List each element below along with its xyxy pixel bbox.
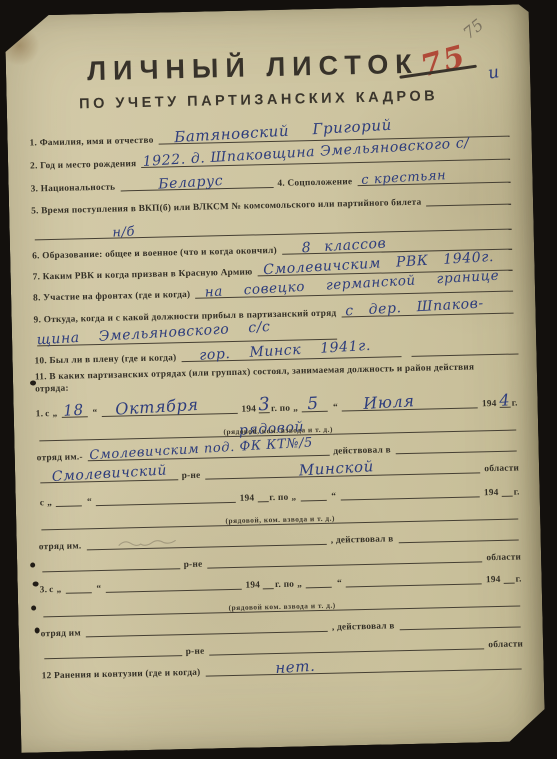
label-194: 194 <box>484 488 499 498</box>
entry1-day-from: 18 <box>63 403 84 419</box>
label-g: г. <box>512 399 518 409</box>
entry1-oblast-value: Минской <box>298 459 374 478</box>
entry2-year-to-line <box>501 483 512 497</box>
field-birth-line: 1922. д. Шпаковщина Эмельяновского с/ <box>141 146 510 168</box>
field-party-label: 5. Время поступления в ВКП(б) или ВЛКСМ … <box>31 198 422 217</box>
entry1-year-from-digit: 3 <box>258 396 271 415</box>
entry1-month-to: Июля <box>363 393 415 412</box>
field-social-label: 4. Соцположение <box>277 177 352 189</box>
label-g: г. <box>516 574 522 584</box>
entry3-acted-label: , действовал в <box>332 621 395 632</box>
entry3-year-from-line <box>263 575 274 589</box>
label-g-po: г. по <box>271 404 290 414</box>
field-wounds-line: нет. <box>205 655 521 676</box>
quote-close: “ <box>96 584 101 594</box>
punch-hole <box>33 581 39 586</box>
field-captivity-line: гор. Минск 1941г. <box>181 343 401 362</box>
quote-open: „ <box>291 493 296 503</box>
field-party-line <box>426 191 511 207</box>
pencil-scribble <box>116 536 180 549</box>
field-wounds-value: нет. <box>275 659 316 676</box>
label-s: с <box>45 409 50 419</box>
quote-open: „ <box>47 498 52 508</box>
entry2-day-from-line <box>56 492 82 507</box>
label-rne: р-не <box>186 647 205 657</box>
field-education-value: 8 классов <box>301 237 386 256</box>
quote-open: „ <box>297 579 302 589</box>
entry3-day-from-line <box>65 579 91 594</box>
entry3-otryad-line <box>86 618 328 637</box>
field-nationality-line: Беларус <box>120 174 274 191</box>
entry1-otryad-line: Смолевичским под. ФК КТ№/5 <box>88 442 330 461</box>
field-captivity-label: 10. Был ли в плену (где и когда) <box>34 353 176 366</box>
label-rne: р-не <box>182 471 201 481</box>
field-nationality-label: 3. Национальность <box>31 183 116 195</box>
label-194: 194 <box>240 494 255 504</box>
quote-open: „ <box>293 403 298 413</box>
entry1-year-to-digit: 4 <box>499 392 511 409</box>
entry1-region-value: Смолевичский <box>52 463 168 484</box>
label-194: 194 <box>486 575 501 585</box>
punch-hole <box>30 562 35 567</box>
entry3-region-line <box>44 642 182 659</box>
entry2-region: р-не области <box>39 547 523 573</box>
field-social-value: с крестьян <box>361 169 447 187</box>
entry1-day-to-line: 5 <box>302 398 328 413</box>
field-wounds-label: 12 Ранения и контузии (где и когда) <box>42 668 201 682</box>
scanned-document-page: 75 ЛИЧНЫЙ ЛИСТОК 75 и ПО УЧЕТУ ПАРТИЗАНС… <box>0 0 557 759</box>
field-fronts-label: 8. Участие на фронтах (где и когда) <box>33 290 190 304</box>
label-s: с <box>40 498 45 508</box>
entry1-oblast-line: Минской <box>205 459 480 479</box>
label-oblasti: области <box>488 639 523 650</box>
field-origin-value: с дер. Шпаков- <box>345 296 484 318</box>
entry1-year-from-line: 3 <box>259 399 270 413</box>
form-paper: 75 ЛИЧНЫЙ ЛИСТОК 75 и ПО УЧЕТУ ПАРТИЗАНС… <box>5 4 546 753</box>
entry1-dates: 1. с „ 18 “ Октября 194 3 г. по „ 5 “ Ию… <box>36 393 520 419</box>
field-origin: 9. Откуда, когда и с какой должности при… <box>33 299 517 325</box>
punch-hole <box>35 627 40 633</box>
quote-open: „ <box>57 585 62 595</box>
entry2-year-from-line <box>257 488 268 502</box>
form-subtitle: ПО УЧЕТУ ПАРТИЗАНСКИХ КАДРОВ <box>7 87 511 114</box>
entry2-oblast-line <box>207 548 482 568</box>
entry2-acted-line <box>398 527 518 544</box>
field-party: 5. Время поступления в ВКП(б) или ВЛКСМ … <box>31 191 515 217</box>
field-origin-line: с дер. Шпаков- <box>341 300 513 318</box>
label-g-po: г. по <box>269 493 288 503</box>
label-194: 194 <box>241 404 256 414</box>
entry2-month-to-line <box>340 483 480 500</box>
label-oblasti: области <box>486 552 521 563</box>
quote-close: “ <box>92 408 97 418</box>
label-194: 194 <box>482 399 497 409</box>
field-wounds: 12 Ранения и контузии (где и когда) нет. <box>41 655 525 681</box>
entry2-dates: с „ “ 194 г. по „ “ 194 г. <box>38 482 522 508</box>
entry1-region: Смолевичский р-не Минской области <box>37 458 521 484</box>
field-nationality-social: 3. Национальность Беларус 4. Соцположени… <box>30 169 514 195</box>
label-s: с <box>49 585 54 595</box>
field-surname-label: 1. Фамилия, имя и отчество <box>29 136 153 149</box>
entry1-year-to-line: 4 <box>499 394 510 408</box>
entry3-day-to-line <box>306 574 332 589</box>
field-birth-label: 2. Год и место рождения <box>30 159 136 171</box>
quote-open: „ <box>53 409 58 419</box>
label-g-po: г. по <box>275 580 294 590</box>
entry3-otryad-label: отряд им <box>41 628 81 639</box>
entry1-acted-line <box>396 438 517 455</box>
label-rne: р-не <box>184 560 203 570</box>
entry2-region-line <box>42 555 180 572</box>
entry1-month-to-line: Июля <box>342 394 478 411</box>
entry3-number: 3. <box>40 585 48 595</box>
entry3-month-from-line <box>105 576 241 593</box>
entry1-month-from-line: Октября <box>101 400 237 417</box>
label-194: 194 <box>245 580 260 590</box>
entry1-region-line: Смолевичский <box>40 466 178 483</box>
entry1-day-from-line: 18 <box>61 403 87 418</box>
label-g: г. <box>514 487 520 497</box>
pencil-page-number: 75 <box>459 15 487 43</box>
field-education-label: 6. Образование: общее и военное (что и к… <box>32 246 277 262</box>
field-social-line: с крестьян <box>357 169 511 186</box>
entry1-month-from: Октября <box>115 397 199 418</box>
quote-close: “ <box>337 579 342 589</box>
entry1-acted-label: действовал в <box>333 445 391 456</box>
entry2-otryad-label: отряд им. <box>39 541 82 552</box>
quote-close: “ <box>333 403 338 413</box>
entry1-otryad-label: отряд им.- <box>37 452 83 463</box>
entry3-oblast-line <box>209 635 484 655</box>
entry3-year-to-line <box>503 570 514 584</box>
entry1-day-to: 5 <box>307 396 319 414</box>
field-nationality-value: Беларус <box>158 174 224 192</box>
entry3-month-to-line <box>346 570 482 587</box>
entry2-acted-label: , действовал в <box>331 534 394 545</box>
entry2-otryad-line <box>86 531 327 550</box>
field-rvk-label: 7. Каким РВК и когда призван в Красную А… <box>33 267 253 282</box>
entry3-dates: 3. с „ “ 194 г. по „ “ 194 г. <box>40 569 524 595</box>
entry2-month-from-line <box>96 489 236 506</box>
entry1-number: 1. <box>36 409 44 419</box>
punch-hole <box>31 605 36 610</box>
field-party-value: н/б <box>112 225 135 239</box>
quote-close: “ <box>331 492 336 502</box>
label-oblasti: области <box>484 463 519 474</box>
quote-close: “ <box>87 497 92 507</box>
entry3-acted-line <box>399 613 520 630</box>
entry2-day-to-line <box>300 487 326 502</box>
